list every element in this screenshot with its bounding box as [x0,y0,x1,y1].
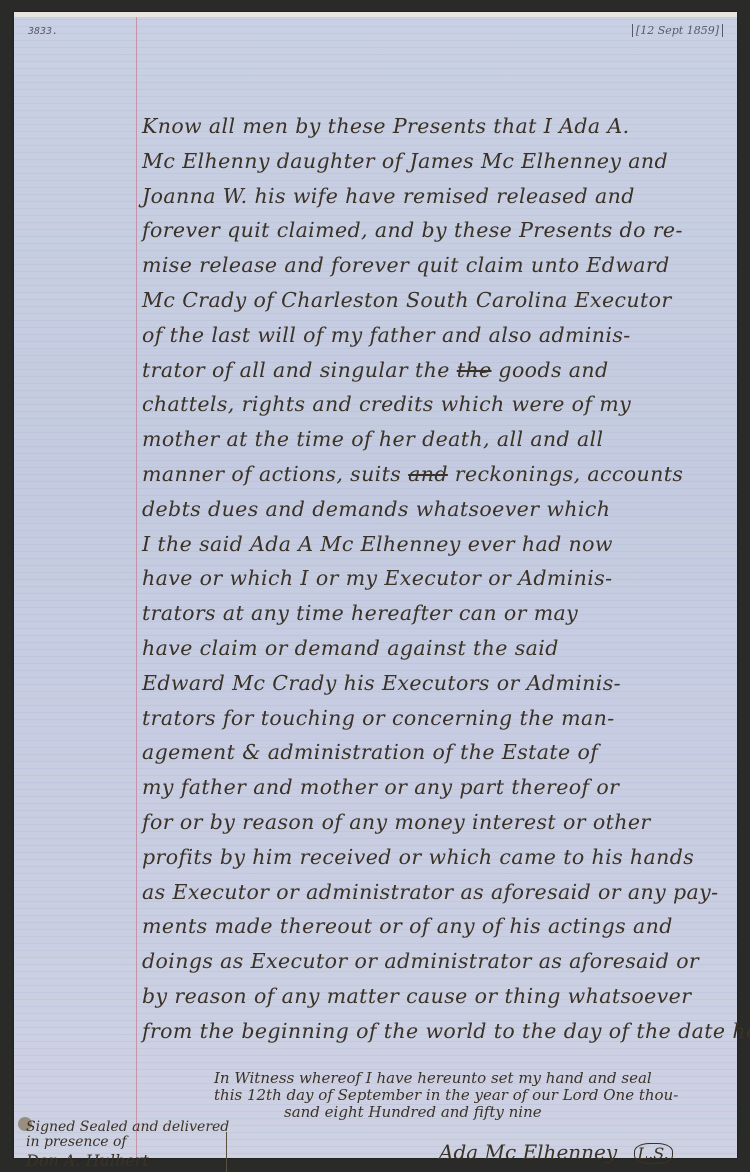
text-line: doings as Executor or administrator as a… [142,944,732,979]
paper-top-edge [14,12,737,17]
text-line: trators for touching or concerning the m… [142,701,732,736]
text-line: agement & administration of the Estate o… [142,735,732,770]
text-line: my father and mother or any part thereof… [142,770,732,805]
text-line: forever quit claimed, and by these Prese… [142,213,732,248]
text-segment: manner of actions, suits [142,462,408,486]
text-line: debts dues and demands whatsoever which [142,492,732,527]
manuscript-page: 3833. [12 Sept 1859] Know all men by the… [14,12,737,1158]
witness-signature: Don A. Hulbert [26,1153,229,1168]
text-line: Mc Elhenny daughter of James Mc Elhenney… [142,144,732,179]
text-line: ments made thereout or of any of his act… [142,909,732,944]
text-line: Mc Crady of Charleston South Carolina Ex… [142,283,732,318]
release-deed-body: Know all men by these Presents that I Ad… [142,109,732,1049]
text-segment: trator of all and singular the [142,358,457,382]
text-line: chattels, rights and credits which were … [142,387,732,422]
text-line: of the last will of my father and also a… [142,318,732,353]
witness-line: sand eight Hundred and fifty nine [214,1104,734,1121]
text-line: Edward Mc Crady his Executors or Adminis… [142,666,732,701]
text-segment: reckonings, accounts [448,462,683,486]
attestation-block: Signed Sealed and delivered in presence … [26,1120,229,1168]
text-line: I the said Ada A Mc Elhenney ever had no… [142,527,732,562]
red-margin-line [136,17,137,1158]
attestation-line: Signed Sealed and delivered [26,1120,229,1135]
text-line: trators at any time hereafter can or may [142,596,732,631]
text-line: have claim or demand against the said [142,631,732,666]
date-annotation: [12 Sept 1859] [632,24,723,37]
text-line: by reason of any matter cause or thing w… [142,979,732,1014]
text-line: as Executor or administrator as aforesai… [142,875,732,910]
attestation-line: in presence of [26,1135,229,1150]
witness-clause: In Witness whereof I have hereunto set m… [214,1070,734,1121]
text-line: profits by him received or which came to… [142,840,732,875]
text-line: Joanna W. his wife have remised released… [142,179,732,214]
seal-mark: L.S. [634,1143,673,1164]
struck-word: and [408,462,448,486]
text-line: trator of all and singular the the goods… [142,353,732,388]
signer-name: Ada Mc Elhenney [439,1140,617,1164]
witness-line: In Witness whereof I have hereunto set m… [214,1070,734,1087]
signature-block: Ada Mc Elhenney L.S. [439,1140,673,1164]
text-segment: goods and [492,358,609,382]
text-line: from the beginning of the world to the d… [142,1014,732,1049]
text-line: for or by reason of any money interest o… [142,805,732,840]
text-line: mother at the time of her death, all and… [142,422,732,457]
text-line: have or which I or my Executor or Admini… [142,561,732,596]
struck-word: the [457,358,492,382]
archive-number: 3833. [28,26,58,37]
witness-line: this 12th day of September in the year o… [214,1087,734,1104]
text-line: mise release and forever quit claim unto… [142,248,732,283]
text-line: Know all men by these Presents that I Ad… [142,109,732,144]
attestation-brace [226,1132,227,1172]
text-line: manner of actions, suits and reckonings,… [142,457,732,492]
